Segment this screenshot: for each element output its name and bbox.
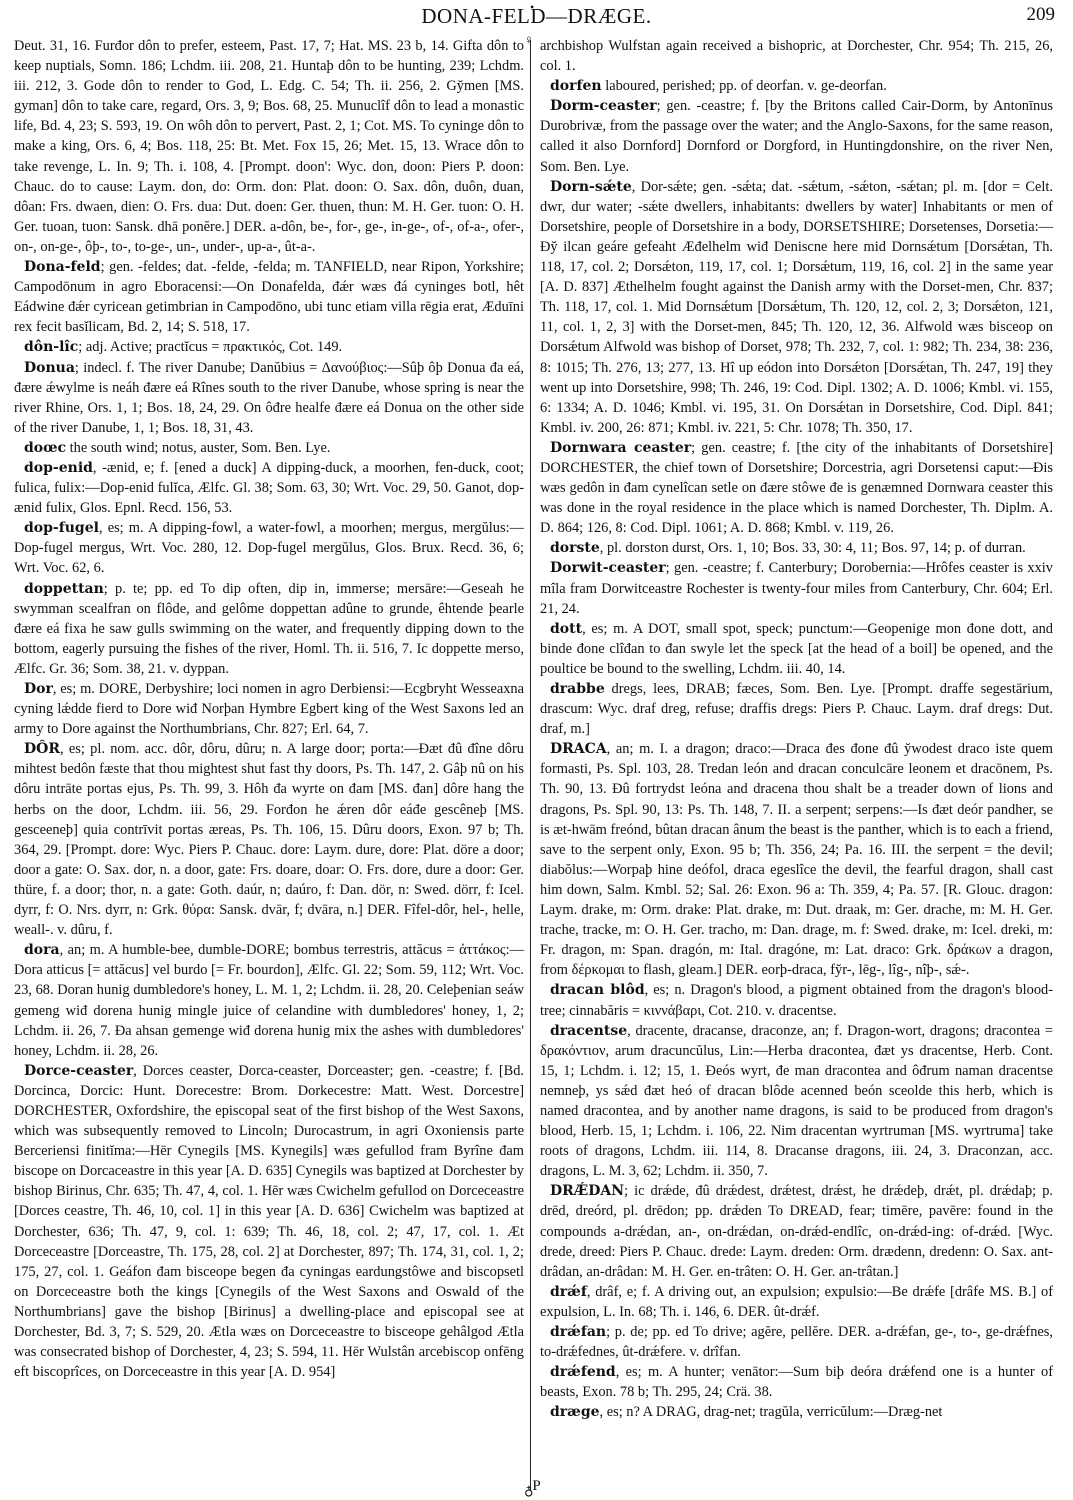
dictionary-entry: archbishop Wulfstan again received a bis… xyxy=(540,36,1053,76)
headword: dræge xyxy=(550,1404,600,1420)
headword: drǽf xyxy=(550,1284,587,1300)
entry-body: the south wind; notus, auster, Som. Ben.… xyxy=(66,440,330,456)
entry-body: ; indecl. f. The river Danube; Danŭbius … xyxy=(14,360,524,436)
dictionary-entry: dracentse, dracente, dracanse, draconze,… xyxy=(540,1021,1053,1182)
running-head: DONA-FELD—DRÆGE. xyxy=(0,4,1073,29)
dictionary-entry: drǽf, drâf, e; f. A driving out, an expu… xyxy=(540,1282,1053,1322)
headword: Dorm-ceaster xyxy=(550,98,657,114)
entry-body: , an; m. I. a dragon; draco:—Draca đes đ… xyxy=(540,741,1053,978)
column-divider-ornament-top-icon: ♀ xyxy=(524,32,534,48)
entry-body: , Dorces ceaster, Dorca-ceaster, Dorceas… xyxy=(14,1063,524,1380)
dictionary-entry: Dorwit-ceaster; gen. -ceastre; f. Canter… xyxy=(540,558,1053,618)
entry-body: ; p. de; pp. ed To drive; agĕre, pellĕre… xyxy=(540,1324,1053,1360)
headword: Dorwit-ceaster xyxy=(550,560,666,576)
column-divider xyxy=(530,40,531,1490)
dictionary-entry: drabbe dregs, lees, DRAB; fæces, Som. Be… xyxy=(540,679,1053,739)
dictionary-entry: dôn-lîc; adj. Active; practĭcus = πρακτι… xyxy=(14,337,524,357)
page-number: 209 xyxy=(1027,4,1056,26)
dictionary-entry: DRACA, an; m. I. a dragon; draco:—Draca … xyxy=(540,739,1053,980)
dictionary-entry: dorfen laboured, perished; pp. of deorfa… xyxy=(540,76,1053,96)
headword: dop-fugel xyxy=(24,520,99,536)
entry-body: , dracente, dracanse, draconze, an; f. D… xyxy=(540,1023,1053,1180)
dictionary-entry: dracan blôd, es; n. Dragon's blood, a pi… xyxy=(540,980,1053,1020)
entry-body: Deut. 31, 16. Furđor dôn to prefer, este… xyxy=(14,38,524,255)
dictionary-entry: Dorn-sǽte, Dor-sǽte; gen. -sǽta; dat. -s… xyxy=(540,177,1053,438)
headword: Dorn-sǽte xyxy=(550,179,632,195)
headword: Dor xyxy=(24,681,53,697)
dictionary-entry: Dor, es; m. DORE, Derbyshire; loci nomen… xyxy=(14,679,524,739)
entry-body: , es; m. DORE, Derbyshire; loci nomen in… xyxy=(14,681,524,737)
headword: dracan blôd xyxy=(550,982,645,998)
headword: DÔR xyxy=(24,741,60,757)
dictionary-entry: Deut. 31, 16. Furđor dôn to prefer, este… xyxy=(14,36,524,257)
dictionary-entry: Dorm-ceaster; gen. -ceastre; f. [by the … xyxy=(540,96,1053,176)
dictionary-entry: DÔR, es; pl. nom. acc. dôr, dôru, dûru; … xyxy=(14,739,524,940)
dictionary-entry: Dona-feld; gen. -feldes; dat. -felde, -f… xyxy=(14,257,524,337)
dictionary-entry: DRǼDAN; ic drǽde, đû drǽdest, drǽtest, d… xyxy=(540,1181,1053,1281)
headword: doppettan xyxy=(24,581,104,597)
entry-body: , es; n? A DRAG, drag-net; tragŭla, verr… xyxy=(600,1404,943,1420)
headword: dôn-lîc xyxy=(24,339,78,355)
dictionary-entry: dop-enid, -ænid, e; f. [ened a duck] A d… xyxy=(14,458,524,518)
headword: dorfen xyxy=(550,78,602,94)
entry-body: , es; m. A hunter; venātor:—Sum biþ deór… xyxy=(540,1364,1053,1400)
dictionary-entry: drǽfan; p. de; pp. ed To drive; agĕre, p… xyxy=(540,1322,1053,1362)
entry-body: ; adj. Active; practĭcus = πρακτικός, Co… xyxy=(78,339,342,355)
headword: DRACA xyxy=(550,741,607,757)
headword: Dona-feld xyxy=(24,259,101,275)
headword: dracentse xyxy=(550,1023,627,1039)
entry-body: , drâf, e; f. A driving out, an expulsio… xyxy=(540,1284,1053,1320)
headword: Dorce-ceaster xyxy=(24,1063,133,1079)
headword: DRǼDAN xyxy=(550,1183,624,1199)
dictionary-entry: doppettan; p. te; pp. ed To dip often, d… xyxy=(14,579,524,679)
headword: dorste xyxy=(550,540,600,556)
entry-body: , pl. dorston durst, Ors. 1, 10; Bos. 33… xyxy=(600,540,1026,556)
entry-body: , es; m. A DOT, small spot, speck; punct… xyxy=(540,621,1053,677)
entry-body: laboured, perished; pp. of deorfan. v. g… xyxy=(602,78,887,94)
dictionary-entry: dorste, pl. dorston durst, Ors. 1, 10; B… xyxy=(540,538,1053,558)
dictionary-entry: dora, an; m. A humble-bee, dumble-DORE; … xyxy=(14,940,524,1061)
dictionary-entry: dop-fugel, es; m. A dipping-fowl, a wate… xyxy=(14,518,524,578)
left-column: Deut. 31, 16. Furđor dôn to prefer, este… xyxy=(14,36,524,1382)
dictionary-entry: Dornwara ceaster; gen. ceastre; f. [the … xyxy=(540,438,1053,538)
dictionary-entry: Dorce-ceaster, Dorces ceaster, Dorca-cea… xyxy=(14,1061,524,1383)
headword: drǽfan xyxy=(550,1324,606,1340)
entry-body: , an; m. A humble-bee, dumble-DORE; bomb… xyxy=(14,942,524,1058)
headword: dott xyxy=(550,621,582,637)
entry-body: dregs, lees, DRAB; fæces, Som. Ben. Lye.… xyxy=(540,681,1053,737)
entry-body: archbishop Wulfstan again received a bis… xyxy=(540,38,1053,74)
right-column: archbishop Wulfstan again received a bis… xyxy=(540,36,1053,1422)
dictionary-entry: dræge, es; n? A DRAG, drag-net; tragŭla,… xyxy=(540,1402,1053,1422)
headword: dora xyxy=(24,942,60,958)
headword: doœc xyxy=(24,440,66,456)
headword: drǽfend xyxy=(550,1364,616,1380)
dictionary-entry: drǽfend, es; m. A hunter; venātor:—Sum b… xyxy=(540,1362,1053,1402)
headword: dop-enid xyxy=(24,460,93,476)
page-header: • DONA-FELD—DRÆGE. 209 xyxy=(0,0,1073,30)
headword: drabbe xyxy=(550,681,605,697)
headword: Donua xyxy=(24,360,75,376)
dictionary-entry: Donua; indecl. f. The river Danube; Danŭ… xyxy=(14,358,524,438)
entry-body: , es; pl. nom. acc. dôr, dôru, dûru; n. … xyxy=(14,741,524,938)
entry-body: , Dor-sǽte; gen. -sǽta; dat. -sǽtum, -sǽ… xyxy=(540,179,1053,436)
dictionary-entry: dott, es; m. A DOT, small spot, speck; p… xyxy=(540,619,1053,679)
signature-mark: P xyxy=(0,1478,1073,1495)
headword: Dornwara ceaster xyxy=(550,440,691,456)
dictionary-entry: doœc the south wind; notus, auster, Som.… xyxy=(14,438,524,458)
